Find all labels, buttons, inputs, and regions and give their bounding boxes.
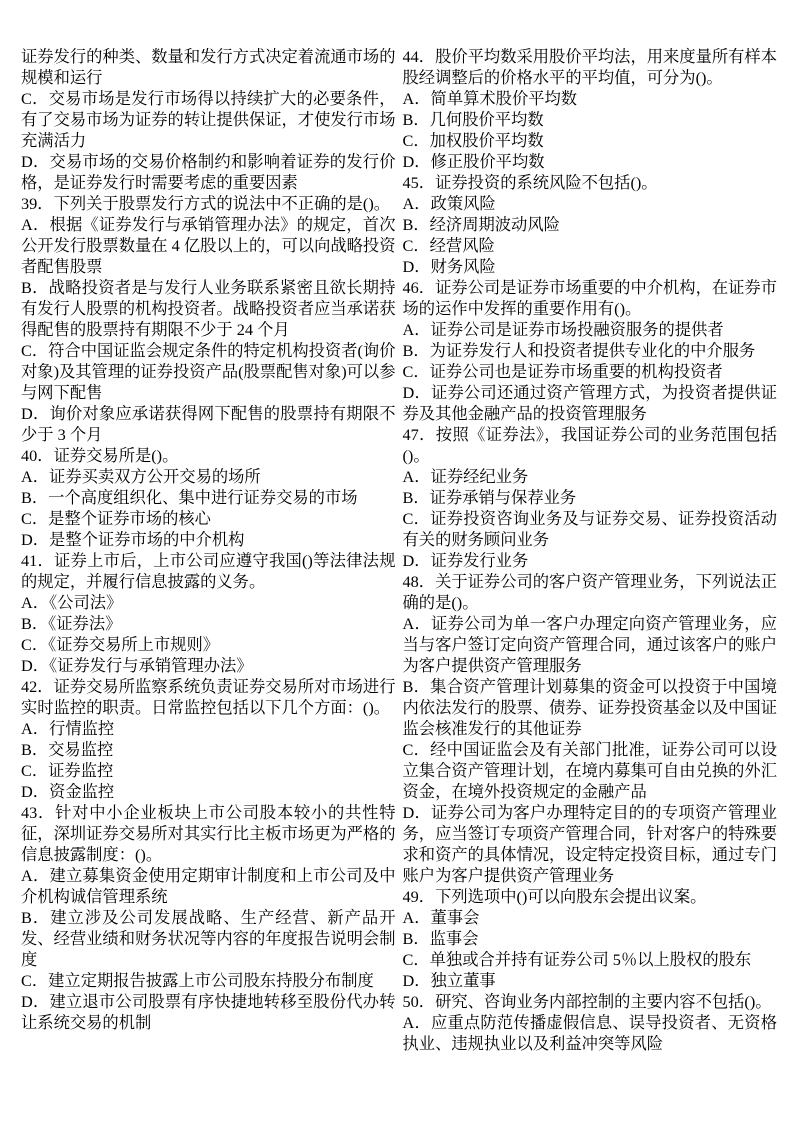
- paragraph: D．证券发行业务: [403, 550, 778, 571]
- paragraph: B．交易监控: [21, 739, 396, 760]
- paragraph: D．修正股价平均数: [403, 151, 778, 172]
- paragraph: A．证券买卖双方公开交易的场所: [21, 466, 396, 487]
- paragraph: 41．证券上市后，上市公司应遵守我国()等法律法规的规定，并履行信息披露的义务。: [21, 550, 396, 592]
- paragraph: 44．股价平均数采用股价平均法，用来度量所有样本股经调整后的价格水平的平均值，可…: [403, 46, 778, 88]
- paragraph: B．集合资产管理计划募集的资金可以投资于中国境内依法发行的股票、债券、证券投资基…: [403, 676, 778, 739]
- paragraph: B．战略投资者是与发行人业务联系紧密且欲长期持有发行人股票的机构投资者。战略投资…: [21, 277, 396, 340]
- document-page: 证券发行的种类、数量和发行方式决定着流通市场的规模和运行C．交易市场是发行市场得…: [0, 0, 794, 1123]
- paragraph: D．《证券发行与承销管理办法》: [21, 655, 396, 676]
- paragraph: 40．证券交易所是()。: [21, 445, 396, 466]
- paragraph: C．加权股价平均数: [403, 130, 778, 151]
- paragraph: B．证券承销与保荐业务: [403, 487, 778, 508]
- paragraph: A．证券经纪业务: [403, 466, 778, 487]
- paragraph: 42．证券交易所监察系统负责证券交易所对市场进行实时监控的职责。日常监控包括以下…: [21, 676, 396, 718]
- paragraph: D．资金监控: [21, 781, 396, 802]
- paragraph: D．建立退市公司股票有序快捷地转移至股份代办转让系统交易的机制: [21, 991, 396, 1033]
- paragraph: C．证券投资咨询业务及与证券交易、证券投资活动有关的财务顾问业务: [403, 508, 778, 550]
- paragraph: 48．关于证券公司的客户资产管理业务，下列说法正确的是()。: [403, 571, 778, 613]
- paragraph: A．证券公司为单一客户办理定向资产管理业务，应当与客户签订定向资产管理合同，通过…: [403, 613, 778, 676]
- paragraph: A．简单算术股价平均数: [403, 88, 778, 109]
- paragraph: B．监事会: [403, 928, 778, 949]
- paragraph: A．行情监控: [21, 718, 396, 739]
- paragraph: D．证券公司还通过资产管理方式，为投资者提供证券及其他金融产品的投资管理服务: [403, 382, 778, 424]
- text-column-right: 44．股价平均数采用股价平均法，用来度量所有样本股经调整后的价格水平的平均值，可…: [403, 46, 778, 1103]
- paragraph: D．财务风险: [403, 256, 778, 277]
- paragraph: B．经济周期波动风险: [403, 214, 778, 235]
- paragraph: B．几何股价平均数: [403, 109, 778, 130]
- paragraph: A．建立募集资金使用定期审计制度和上市公司及中介机构诚信管理系统: [21, 865, 396, 907]
- paragraph: A．证券公司是证券市场投融资服务的提供者: [403, 319, 778, 340]
- paragraph: C．单独或合并持有证券公司 5％以上股权的股东: [403, 949, 778, 970]
- paragraph: 47．按照《证券法》，我国证券公司的业务范围包括()。: [403, 424, 778, 466]
- paragraph: 49．下列选项中()可以向股东会提出议案。: [403, 886, 778, 907]
- paragraph: 50．研究、咨询业务内部控制的主要内容不包括()。: [403, 991, 778, 1012]
- paragraph: A．《公司法》: [21, 592, 396, 613]
- paragraph: C．证券监控: [21, 760, 396, 781]
- paragraph: D．独立董事: [403, 970, 778, 991]
- text-column-left: 证券发行的种类、数量和发行方式决定着流通市场的规模和运行C．交易市场是发行市场得…: [21, 46, 396, 1103]
- paragraph: A．政策风险: [403, 193, 778, 214]
- paragraph: B．建立涉及公司发展战略、生产经营、新产品开发、经营业绩和财务状况等内容的年度报…: [21, 907, 396, 970]
- paragraph: 证券发行的种类、数量和发行方式决定着流通市场的规模和运行: [21, 46, 396, 88]
- paragraph: C．《证券交易所上市规则》: [21, 634, 396, 655]
- paragraph: D．询价对象应承诺获得网下配售的股票持有期限不少于 3 个月: [21, 403, 396, 445]
- paragraph: A．应重点防范传播虚假信息、误导投资者、无资格执业、违规执业以及利益冲突等风险: [403, 1012, 778, 1054]
- paragraph: A．根据《证券发行与承销管理办法》的规定，首次公开发行股票数量在 4 亿股以上的…: [21, 214, 396, 277]
- paragraph: B．《证券法》: [21, 613, 396, 634]
- paragraph: C．符合中国证监会规定条件的特定机构投资者(询价对象)及其管理的证券投资产品(股…: [21, 340, 396, 403]
- paragraph: 39．下列关于股票发行方式的说法中不正确的是()。: [21, 193, 396, 214]
- paragraph: D．证券公司为客户办理特定目的的专项资产管理业务，应当签订专项资产管理合同，针对…: [403, 802, 778, 886]
- paragraph: B．为证券发行人和投资者提供专业化的中介服务: [403, 340, 778, 361]
- paragraph: C．经中国证监会及有关部门批准，证券公司可以设立集合资产管理计划，在境内募集可自…: [403, 739, 778, 802]
- paragraph: C．是整个证券市场的核心: [21, 508, 396, 529]
- paragraph: 43．针对中小企业板块上市公司股本较小的共性特征，深圳证券交易所对其实行比主板市…: [21, 802, 396, 865]
- paragraph: 46．证券公司是证券市场重要的中介机构，在证券市场的运作中发挥的重要作用有()。: [403, 277, 778, 319]
- paragraph: C．证券公司也是证券市场重要的机构投资者: [403, 361, 778, 382]
- paragraph: C．交易市场是发行市场得以持续扩大的必要条件，有了交易市场为证券的转让提供保证，…: [21, 88, 396, 151]
- paragraph: B．一个高度组织化、集中进行证券交易的市场: [21, 487, 396, 508]
- paragraph: C．经营风险: [403, 235, 778, 256]
- paragraph: A．董事会: [403, 907, 778, 928]
- paragraph: 45．证券投资的系统风险不包括()。: [403, 172, 778, 193]
- paragraph: C．建立定期报告披露上市公司股东持股分布制度: [21, 970, 396, 991]
- paragraph: D．交易市场的交易价格制约和影响着证券的发行价格，是证券发行时需要考虑的重要因素: [21, 151, 396, 193]
- paragraph: D．是整个证券市场的中介机构: [21, 529, 396, 550]
